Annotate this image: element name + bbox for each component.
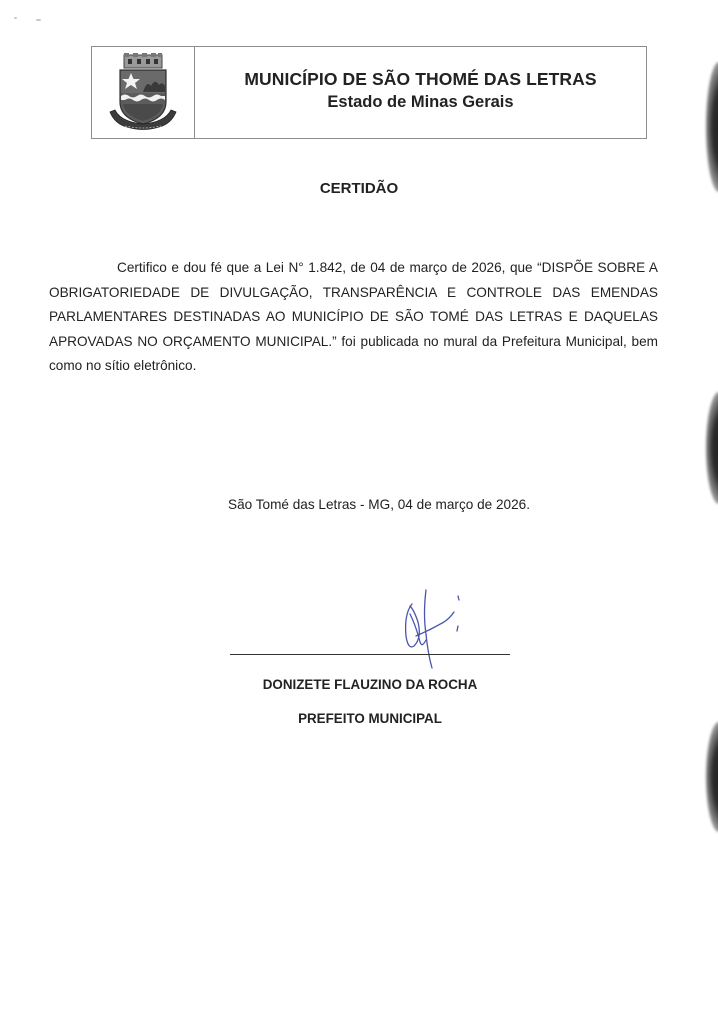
letterhead: MUNICÍPIO DE SÃO THOMÉ DAS LETRAS Estado… (91, 46, 647, 139)
binder-hole-shadow (706, 62, 718, 192)
municipality-title: MUNICÍPIO DE SÃO THOMÉ DAS LETRAS (244, 69, 596, 90)
state-subtitle: Estado de Minas Gerais (327, 93, 513, 112)
certificate-body-text: Certifico e dou fé que a Lei N° 1.842, d… (49, 260, 658, 373)
coat-of-arms-icon (107, 52, 179, 134)
place-date: São Tomé das Letras - MG, 04 de março de… (0, 497, 718, 512)
crest-cell (92, 47, 195, 138)
binder-hole-shadow (706, 392, 718, 504)
scan-speck (36, 19, 41, 21)
handwritten-signature-icon (396, 584, 476, 670)
letterhead-title-cell: MUNICÍPIO DE SÃO THOMÉ DAS LETRAS Estado… (195, 47, 646, 138)
binder-hole-shadow (706, 722, 718, 832)
certificate-body: Certifico e dou fé que a Lei N° 1.842, d… (49, 256, 658, 379)
signer-role: PREFEITO MUNICIPAL (0, 711, 718, 726)
document-heading: CERTIDÃO (0, 180, 718, 197)
signer-name: DONIZETE FLAUZINO DA ROCHA (0, 677, 718, 692)
scan-speck (14, 17, 17, 19)
signature-line (230, 654, 510, 655)
